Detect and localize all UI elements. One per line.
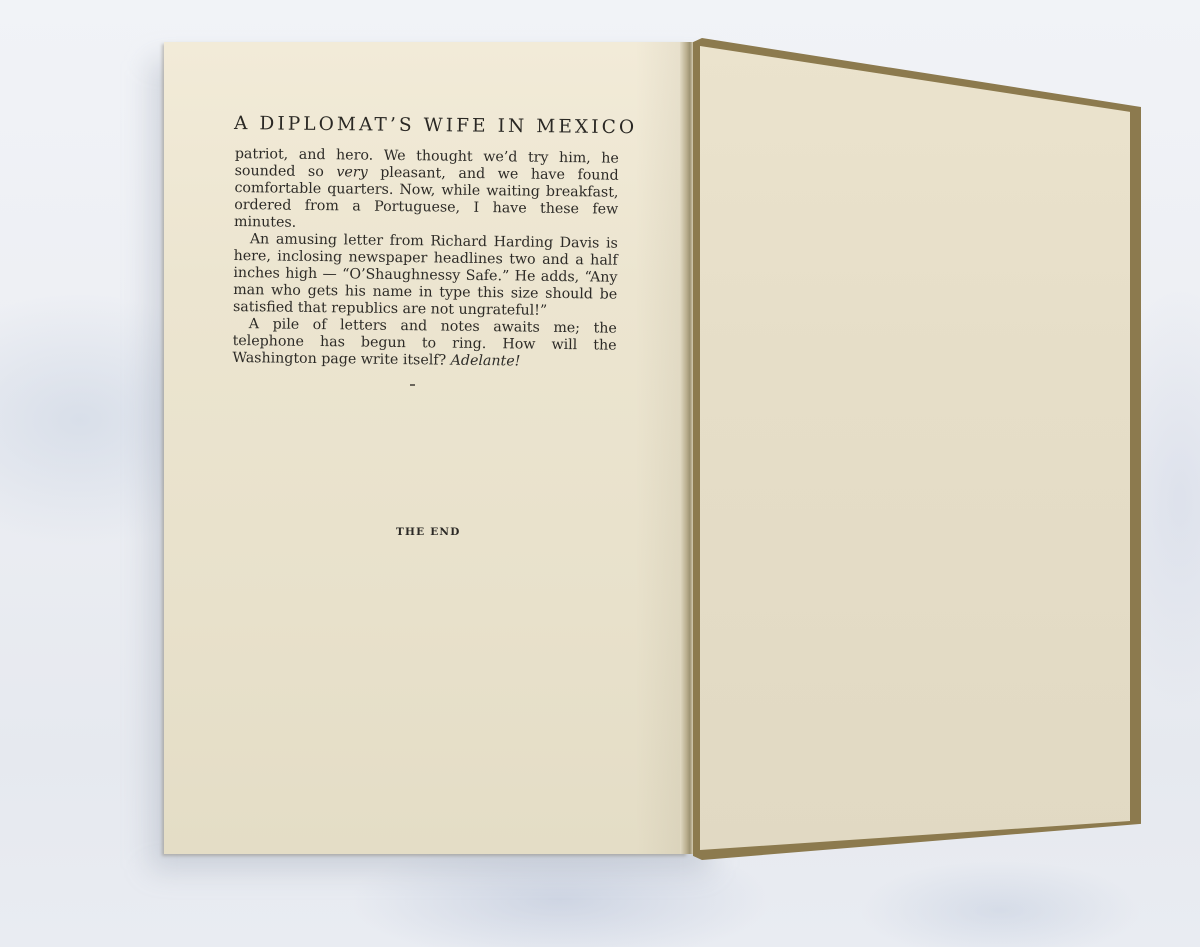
right-pastedown-page (700, 46, 1130, 850)
paragraph-2: An amusing letter from Richard Harding D… (233, 231, 618, 321)
the-end-label: THE END (396, 526, 461, 538)
paragraph-3: A pile of letters and notes awaits me; t… (232, 316, 617, 372)
left-page: A DIPLOMAT’S WIFE IN MEXICO patriot, and… (164, 42, 688, 854)
paragraph-1: patriot, and hero. We thought we’d try h… (234, 146, 619, 236)
paragraph-3-emphasis: Adelante! (451, 353, 521, 370)
running-head: A DIPLOMAT’S WIFE IN MEXICO (234, 113, 620, 138)
body-text: patriot, and hero. We thought we’d try h… (232, 146, 619, 372)
paragraph-3-text: A pile of letters and notes awaits me; t… (232, 316, 617, 368)
ink-speck (410, 384, 415, 386)
paragraph-1-emphasis: very (336, 164, 367, 180)
